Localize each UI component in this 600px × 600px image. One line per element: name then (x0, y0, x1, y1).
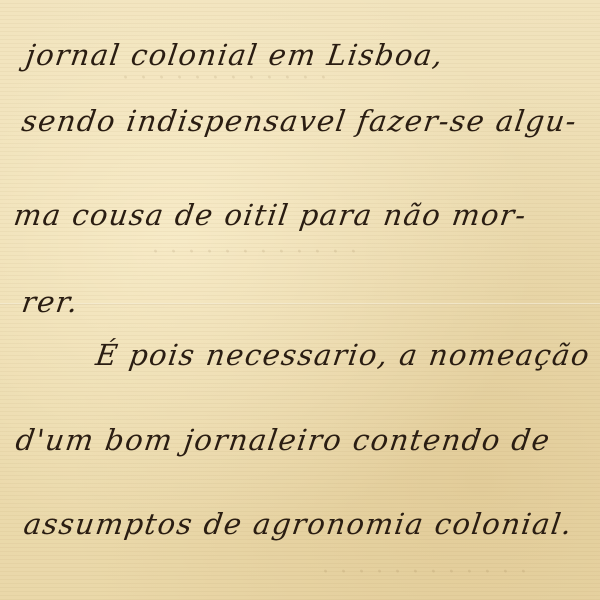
manuscript-page: · · · · · · · · · · · · · · · · · · · · … (0, 0, 600, 600)
handwritten-line: assumptos de agronomia colonial. (22, 507, 575, 541)
handwritten-line: sendo indispensavel fazer-se algu- (20, 104, 580, 138)
paper-fold-crease (0, 303, 600, 305)
handwritten-line: rer. (20, 285, 82, 319)
handwritten-line: d'um bom jornaleiro contendo de (14, 423, 553, 457)
handwritten-line: jornal colonial em Lisboa, (24, 38, 447, 72)
handwritten-line: ma cousa de oitil para não mor- (12, 198, 530, 232)
handwritten-line-paragraph-start: É pois necessario, a nomeação (94, 338, 593, 372)
ink-bleed-through: · · · · · · · · · · · · (320, 560, 527, 585)
ink-bleed-through: · · · · · · · · · · · · (150, 240, 357, 265)
